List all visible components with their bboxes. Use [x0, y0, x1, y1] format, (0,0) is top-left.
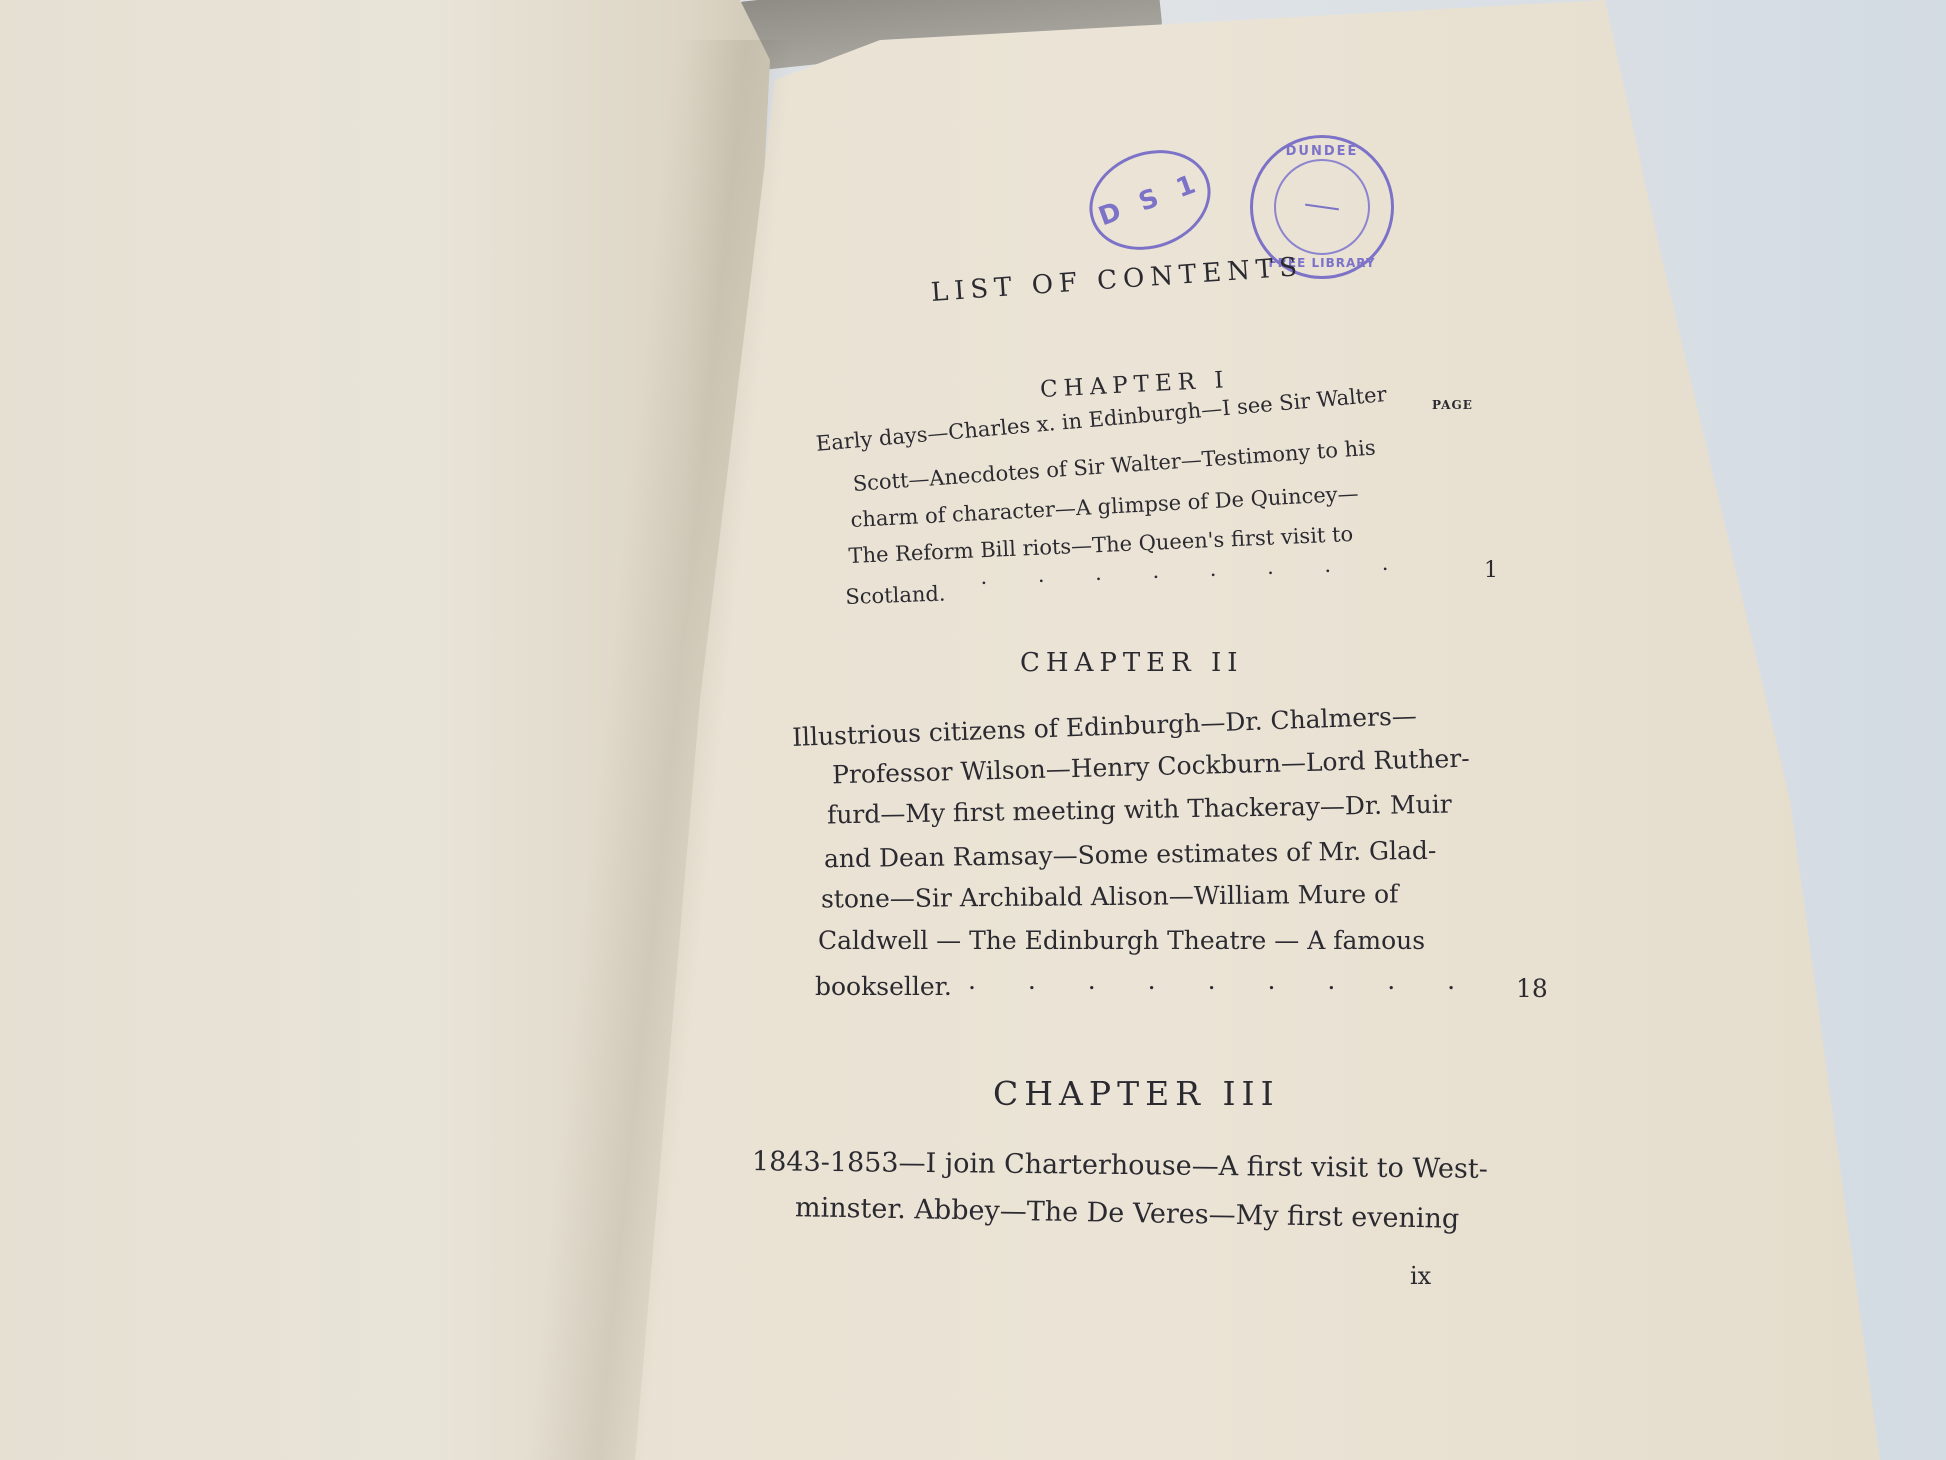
library-stamp-inner [1274, 159, 1370, 255]
chapter-2-heading: CHAPTER II [1020, 648, 1244, 678]
chapter-2-page-number: 18 [1516, 974, 1548, 1003]
chapter-1-page-number: 1 [1484, 558, 1498, 583]
page-folio: ix [1410, 1262, 1431, 1290]
chapter-2-leader-dots: . . . . . . . . . [968, 966, 1477, 995]
chapter-2-line: bookseller. [815, 972, 952, 1001]
shelf-mark-text: D S 1 [1095, 168, 1205, 233]
chapter-3-heading: CHAPTER III [993, 1074, 1280, 1113]
chapter-2-line: Caldwell — The Edinburgh Theatre — A fam… [818, 926, 1425, 955]
chapter-2-line: stone—Sir Archibald Alison—William Mure … [821, 879, 1399, 913]
chapter-1-line: Scotland. [845, 582, 946, 609]
page-column-label: PAGE [1432, 398, 1473, 412]
stamp-dash [1305, 204, 1339, 211]
library-stamp-top: DUNDEE [1253, 144, 1391, 159]
